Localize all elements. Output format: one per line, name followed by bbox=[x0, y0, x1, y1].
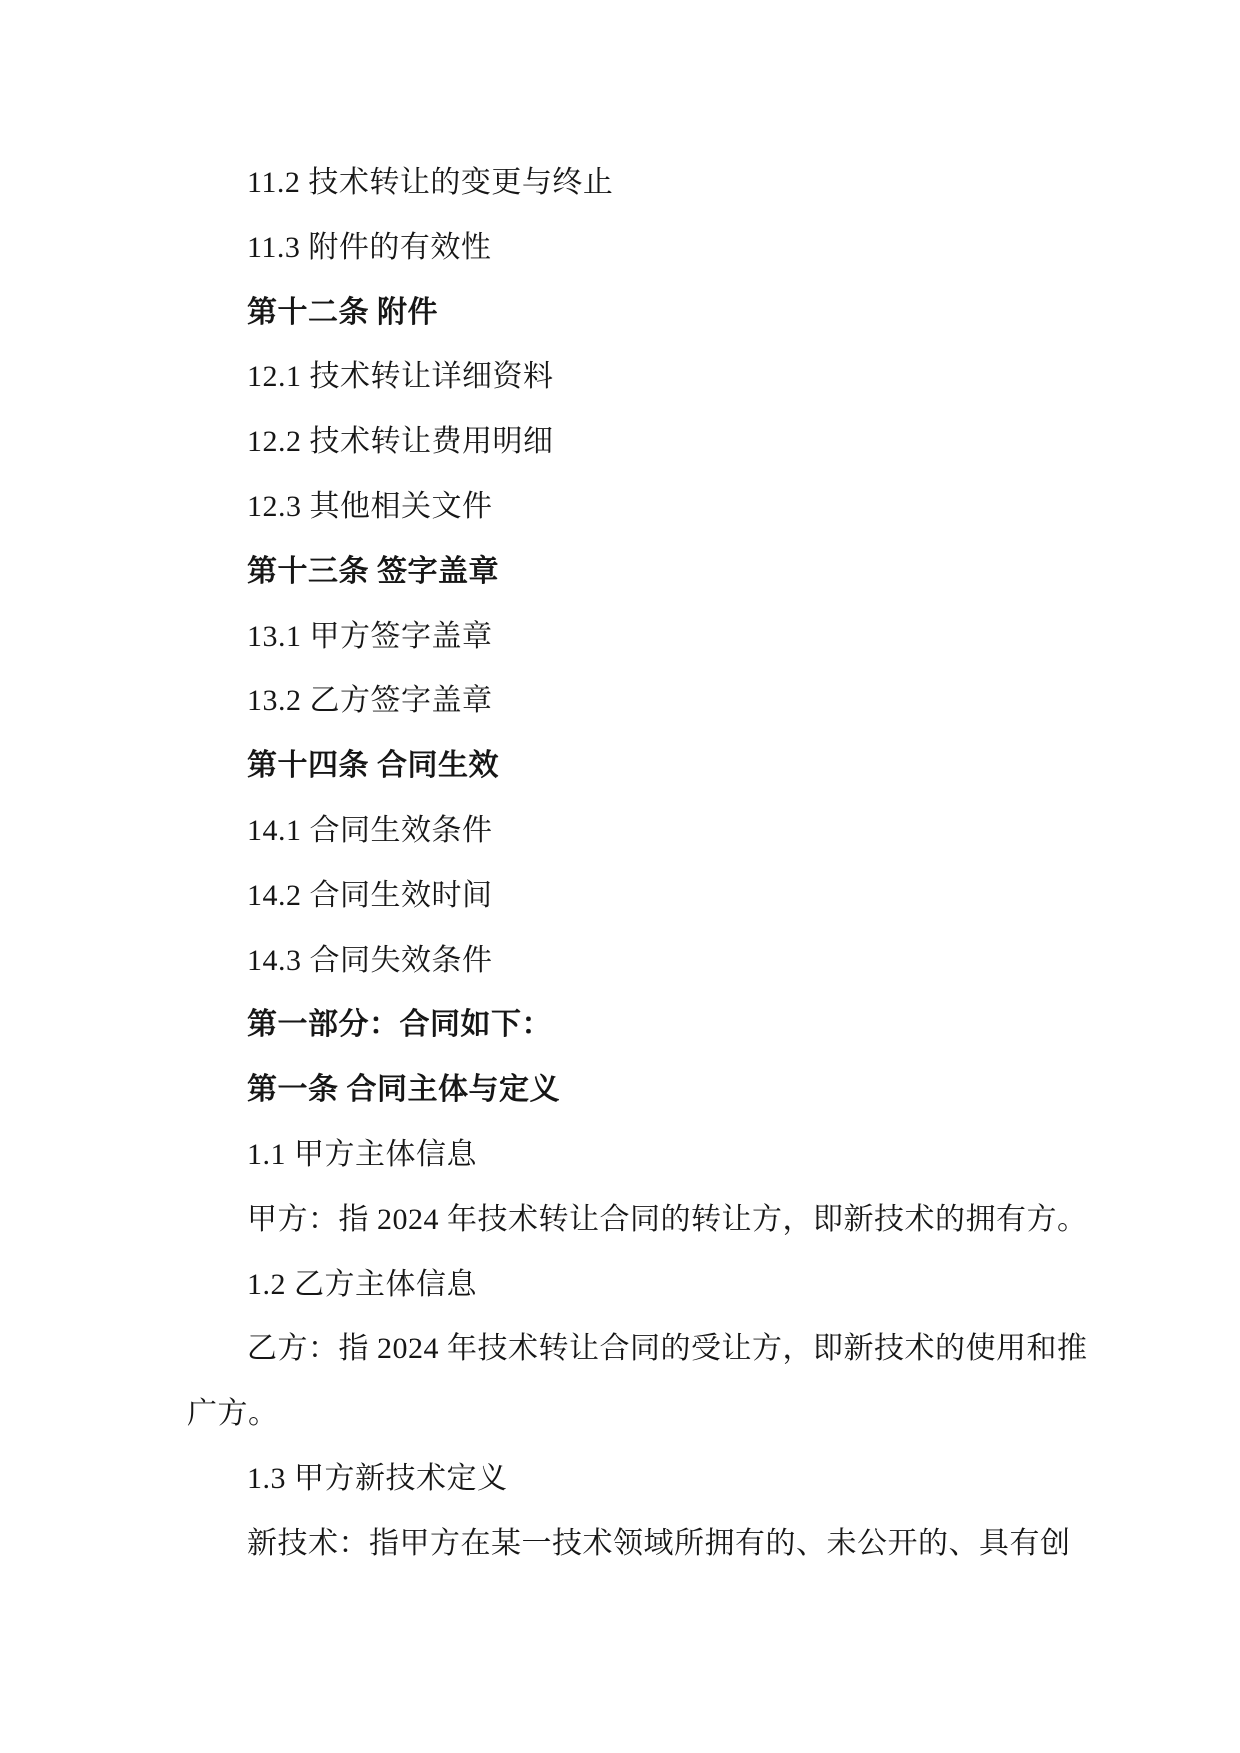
toc-item-13-2: 13.2 乙方签字盖章 bbox=[187, 669, 1053, 734]
document-content: 11.2 技术转让的变更与终止 11.3 附件的有效性 第十二条 附件 12.1… bbox=[187, 151, 1053, 1577]
toc-item-11-2: 11.2 技术转让的变更与终止 bbox=[187, 151, 1053, 216]
clause-1-3-title: 1.3 甲方新技术定义 bbox=[187, 1447, 1053, 1512]
clause-1-3-definition-line-1: 新技术：指甲方在某一技术领域所拥有的、未公开的、具有创 bbox=[187, 1512, 1053, 1577]
clause-1-2-title: 1.2 乙方主体信息 bbox=[187, 1253, 1053, 1318]
toc-item-14-2: 14.2 合同生效时间 bbox=[187, 864, 1053, 929]
part-1-heading: 第一部分：合同如下： bbox=[187, 993, 1053, 1058]
toc-item-14-1: 14.1 合同生效条件 bbox=[187, 799, 1053, 864]
toc-item-12-1: 12.1 技术转让详细资料 bbox=[187, 345, 1053, 410]
clause-1-2-definition-line-1: 乙方：指 2024 年技术转让合同的受让方，即新技术的使用和推 bbox=[187, 1317, 1053, 1382]
toc-heading-article-13: 第十三条 签字盖章 bbox=[187, 540, 1053, 605]
clause-1-2-definition-line-2: 广方。 bbox=[187, 1382, 1053, 1447]
toc-heading-article-12: 第十二条 附件 bbox=[187, 281, 1053, 346]
toc-item-12-2: 12.2 技术转让费用明细 bbox=[187, 410, 1053, 475]
toc-heading-article-14: 第十四条 合同生效 bbox=[187, 734, 1053, 799]
toc-item-12-3: 12.3 其他相关文件 bbox=[187, 475, 1053, 540]
clause-1-1-definition: 甲方：指 2024 年技术转让合同的转让方，即新技术的拥有方。 bbox=[187, 1188, 1053, 1253]
toc-item-14-3: 14.3 合同失效条件 bbox=[187, 929, 1053, 994]
toc-item-13-1: 13.1 甲方签字盖章 bbox=[187, 605, 1053, 670]
document-page: 11.2 技术转让的变更与终止 11.3 附件的有效性 第十二条 附件 12.1… bbox=[0, 0, 1240, 1753]
article-1-heading: 第一条 合同主体与定义 bbox=[187, 1058, 1053, 1123]
clause-1-1-title: 1.1 甲方主体信息 bbox=[187, 1123, 1053, 1188]
toc-item-11-3: 11.3 附件的有效性 bbox=[187, 216, 1053, 281]
